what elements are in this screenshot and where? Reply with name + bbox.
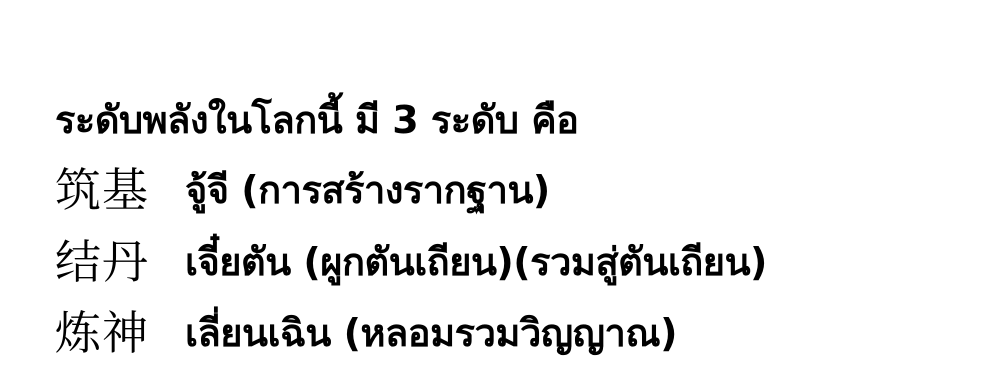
level-row-spirit-refining: 炼神 เลี่ยนเฉิน (หลอมรวมวิญญาณ) [55, 298, 677, 368]
heading-power-levels: ระดับพลังในโลกนี้ มี 3 ระดับ คือ [55, 92, 579, 148]
level-thai-term: เลี่ยนเฉิน (หลอมรวมวิญญาณ) [185, 303, 677, 363]
level-chinese-term: 结丹 [55, 232, 185, 292]
level-chinese-term: 筑基 [55, 160, 185, 220]
level-row-foundation: 筑基 จู้จี (การสร้างรากฐาน) [55, 155, 550, 225]
level-thai-term: เจี๋ยตัน (ผูกตันเถียน)(รวมสู่ตันเถียน) [185, 232, 767, 292]
level-thai-term: จู้จี (การสร้างรากฐาน) [185, 160, 550, 220]
level-chinese-term: 炼神 [55, 303, 185, 363]
level-row-core-formation: 结丹 เจี๋ยตัน (ผูกตันเถียน)(รวมสู่ตันเถียน… [55, 227, 767, 297]
